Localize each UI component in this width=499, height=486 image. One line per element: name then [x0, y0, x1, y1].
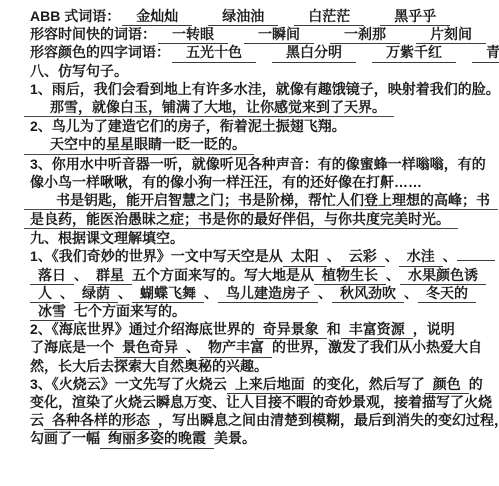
worksheet-page: ABB 式词语：金灿灿绿油油白茫茫黑乎乎形容时间快的词语：一转眼一瞬间一刹那片刻…	[0, 0, 499, 448]
answer-blank: 景色奇异	[114, 338, 186, 357]
answer-blank: 秋风劲吹	[332, 284, 404, 303]
answer-blank: 各种各样的形态	[44, 411, 158, 430]
answer-blank: 绿油油	[208, 7, 278, 26]
text-run: 的变化，然后写了	[313, 375, 425, 393]
text-run: 形容颜色的四字词语：	[30, 43, 170, 61]
text-run: 1、《我们奇妙的世界》一文中写天空是从	[30, 247, 283, 265]
text-line: 人、绿荫、蝴蝶飞舞、鸟儿建造房子、秋风劲吹、冬天的	[30, 284, 491, 302]
answer-blank: 青红皂白	[472, 43, 499, 62]
text-run: 书是钥匙，能开启智慧之门；书是阶梯，帮忙人们登上理想的高峰；书	[56, 191, 490, 209]
answer-blank: 冬天的	[418, 284, 476, 303]
answer-blank: 群星	[88, 266, 132, 285]
answer-blank: 落日	[30, 266, 74, 285]
text-line: 那雪，就像白玉，铺满了大地，让你感觉来到了天界。	[24, 98, 394, 117]
text-line: ABB 式词语：金灿灿绿油油白茫茫黑乎乎	[30, 7, 491, 25]
text-run: 、	[204, 284, 218, 302]
text-run: 了海底是一个	[30, 338, 114, 356]
answer-blank: 黑白分明	[272, 43, 356, 62]
text-run: 天空中的星星眼睛一眨一眨的。	[50, 135, 246, 153]
text-line: 3、《火烧云》一文先写了火烧云上来后地面的变化，然后写了颜色的	[30, 375, 491, 393]
text-run: 、	[443, 247, 457, 265]
answer-blank: 一瞬间	[244, 25, 314, 44]
text-run: ，说明	[413, 320, 455, 338]
text-run: 五个方面来写的。写大地是从	[132, 266, 314, 284]
answer-blank: 蝴蝶飞舞	[132, 284, 204, 303]
answer-blank: 物产丰富	[200, 338, 272, 357]
text-line: 然，长大后去探索大自然奥秘的兴趣。	[30, 357, 491, 375]
text-line: 1、《我们奇妙的世界》一文中写天空是从太阳、云彩、水洼、	[30, 247, 491, 265]
text-line: 形容时间快的词语：一转眼一瞬间一刹那片刻间	[30, 25, 491, 43]
text-run: 2、鸟儿为了建造它们的房子，衔着泥土振翅飞翔。	[30, 117, 346, 135]
answer-blank	[457, 260, 495, 261]
answer-blank: 五光十色	[172, 43, 256, 62]
answer-blank: 上来后地面	[227, 375, 313, 394]
text-run: 、	[186, 338, 200, 356]
answer-blank: 颜色	[425, 375, 469, 394]
text-run: 的	[469, 375, 483, 393]
text-run: 1、雨后，我们会看到地上有许多水洼，就像有趣饿镜子，映射着我们的脸。	[30, 80, 499, 98]
text-run: 、	[60, 284, 74, 302]
text-line: 2、《海底世界》通过介绍海底世界的奇异景象和丰富资源，说明	[30, 320, 491, 338]
text-line: 天空中的星星眼睛一眨一眨的。	[24, 135, 254, 154]
text-run: 3、《火烧云》一文先写了火烧云	[30, 375, 227, 393]
text-run: ，写出瞬息之间由清楚到模糊，最后到消失的变幻过程，	[158, 411, 499, 429]
text-run: 勾画了一幅	[30, 429, 100, 447]
text-run: 、	[74, 266, 88, 284]
text-line: 落日、群星五个方面来写的。写大地是从植物生长、水果颜色诱	[30, 266, 491, 284]
text-run: 的世界，激发了我们从小热爱大自	[272, 338, 482, 356]
text-run: 、	[118, 284, 132, 302]
text-line: 3、你用水中听音器一听，就像听见各种声音：有的像蜜蜂一样嗡嗡，有的	[30, 155, 491, 173]
text-line: 形容颜色的四字词语：五光十色黑白分明万紫千红青红皂白	[30, 43, 491, 61]
answer-blank: 人	[30, 284, 60, 303]
text-run: 像小鸟一样啾啾，有的像小狗一样汪汪，有的还好像在打鼾……	[30, 173, 422, 191]
answer-blank: 金灿灿	[122, 7, 192, 26]
answer-blank: 云彩	[341, 247, 385, 266]
answer-blank: 绿荫	[74, 284, 118, 303]
answer-blank: 鸟儿建造房子	[218, 284, 318, 303]
text-line: 1、雨后，我们会看到地上有许多水洼，就像有趣饿镜子，映射着我们的脸。	[30, 80, 491, 98]
text-run: 、	[404, 284, 418, 302]
text-run: 云	[30, 411, 44, 429]
text-run: 七个方面来写的。	[74, 302, 186, 320]
answer-blank: 万紫千红	[372, 43, 456, 62]
text-run: 九、根据课文理解填空。	[30, 229, 184, 247]
text-run: 、	[385, 247, 399, 265]
text-run: 、	[327, 247, 341, 265]
text-run: 、	[386, 266, 400, 284]
text-run: 是良药，能医治愚昧之症；书是你的最好伴侣，与你共度完美时光。	[30, 210, 450, 228]
answer-blank: 黑乎乎	[380, 7, 450, 26]
answer-blank: 片刻间	[416, 25, 486, 44]
text-run: 2、《海底世界》通过介绍海底世界的	[30, 320, 255, 338]
text-line: 八、仿写句子。	[30, 62, 491, 80]
answer-blank: 太阳	[283, 247, 327, 266]
text-line: 2、鸟儿为了建造它们的房子，衔着泥土振翅飞翔。	[30, 117, 491, 135]
text-run: 然，长大后去探索大自然奥秘的兴趣。	[30, 357, 268, 375]
text-run: 那雪，就像白玉，铺满了大地，让你感觉来到了天界。	[50, 98, 386, 116]
answer-blank: 白茫茫	[294, 7, 364, 26]
answer-blank: 水果颜色诱	[400, 266, 486, 285]
text-line: 冰雪七个方面来写的。	[30, 302, 491, 320]
text-run: 美景。	[214, 429, 256, 447]
answer-blank: 一刹那	[330, 25, 400, 44]
text-run: 3、你用水中听音器一听，就像听见各种声音：有的像蜜蜂一样嗡嗡，有的	[30, 155, 486, 173]
text-run: 形容时间快的词语：	[30, 25, 156, 43]
text-line: 云各种各样的形态，写出瞬息之间由清楚到模糊，最后到消失的变幻过程，	[30, 411, 491, 429]
text-line: 了海底是一个景色奇异、物产丰富的世界，激发了我们从小热爱大自	[30, 338, 491, 356]
text-line: 勾画了一幅绚丽多姿的晚霞美景。	[30, 429, 491, 447]
answer-blank: 冰雪	[30, 302, 74, 321]
text-line: 九、根据课文理解填空。	[30, 229, 491, 247]
answer-blank: 一转眼	[158, 25, 228, 44]
answer-blank: 水洼	[399, 247, 443, 266]
text-run: ABB 式词语：	[30, 7, 120, 25]
answer-blank: 绚丽多姿的晚霞	[100, 429, 214, 448]
answer-blank: 丰富资源	[341, 320, 413, 339]
answer-blank: 奇异景象	[255, 320, 327, 339]
text-run: 变化，渲染了火烧云瞬息万变、让人目接不暇的奇妙景观，接着描写了火烧	[30, 393, 492, 411]
text-run: 、	[318, 284, 332, 302]
text-line: 书是钥匙，能开启智慧之门；书是阶梯，帮忙人们登上理想的高峰；书	[24, 191, 498, 210]
text-line: 像小鸟一样啾啾，有的像小狗一样汪汪，有的还好像在打鼾……	[30, 173, 491, 191]
text-line: 变化，渲染了火烧云瞬息万变、让人目接不暇的奇妙景观，接着描写了火烧	[30, 393, 491, 411]
answer-blank: 植物生长	[314, 266, 386, 285]
text-line: 是良药，能医治愚昧之症；书是你的最好伴侣，与你共度完美时光。	[24, 210, 458, 229]
text-run: 和	[327, 320, 341, 338]
text-run: 八、仿写句子。	[30, 62, 128, 80]
